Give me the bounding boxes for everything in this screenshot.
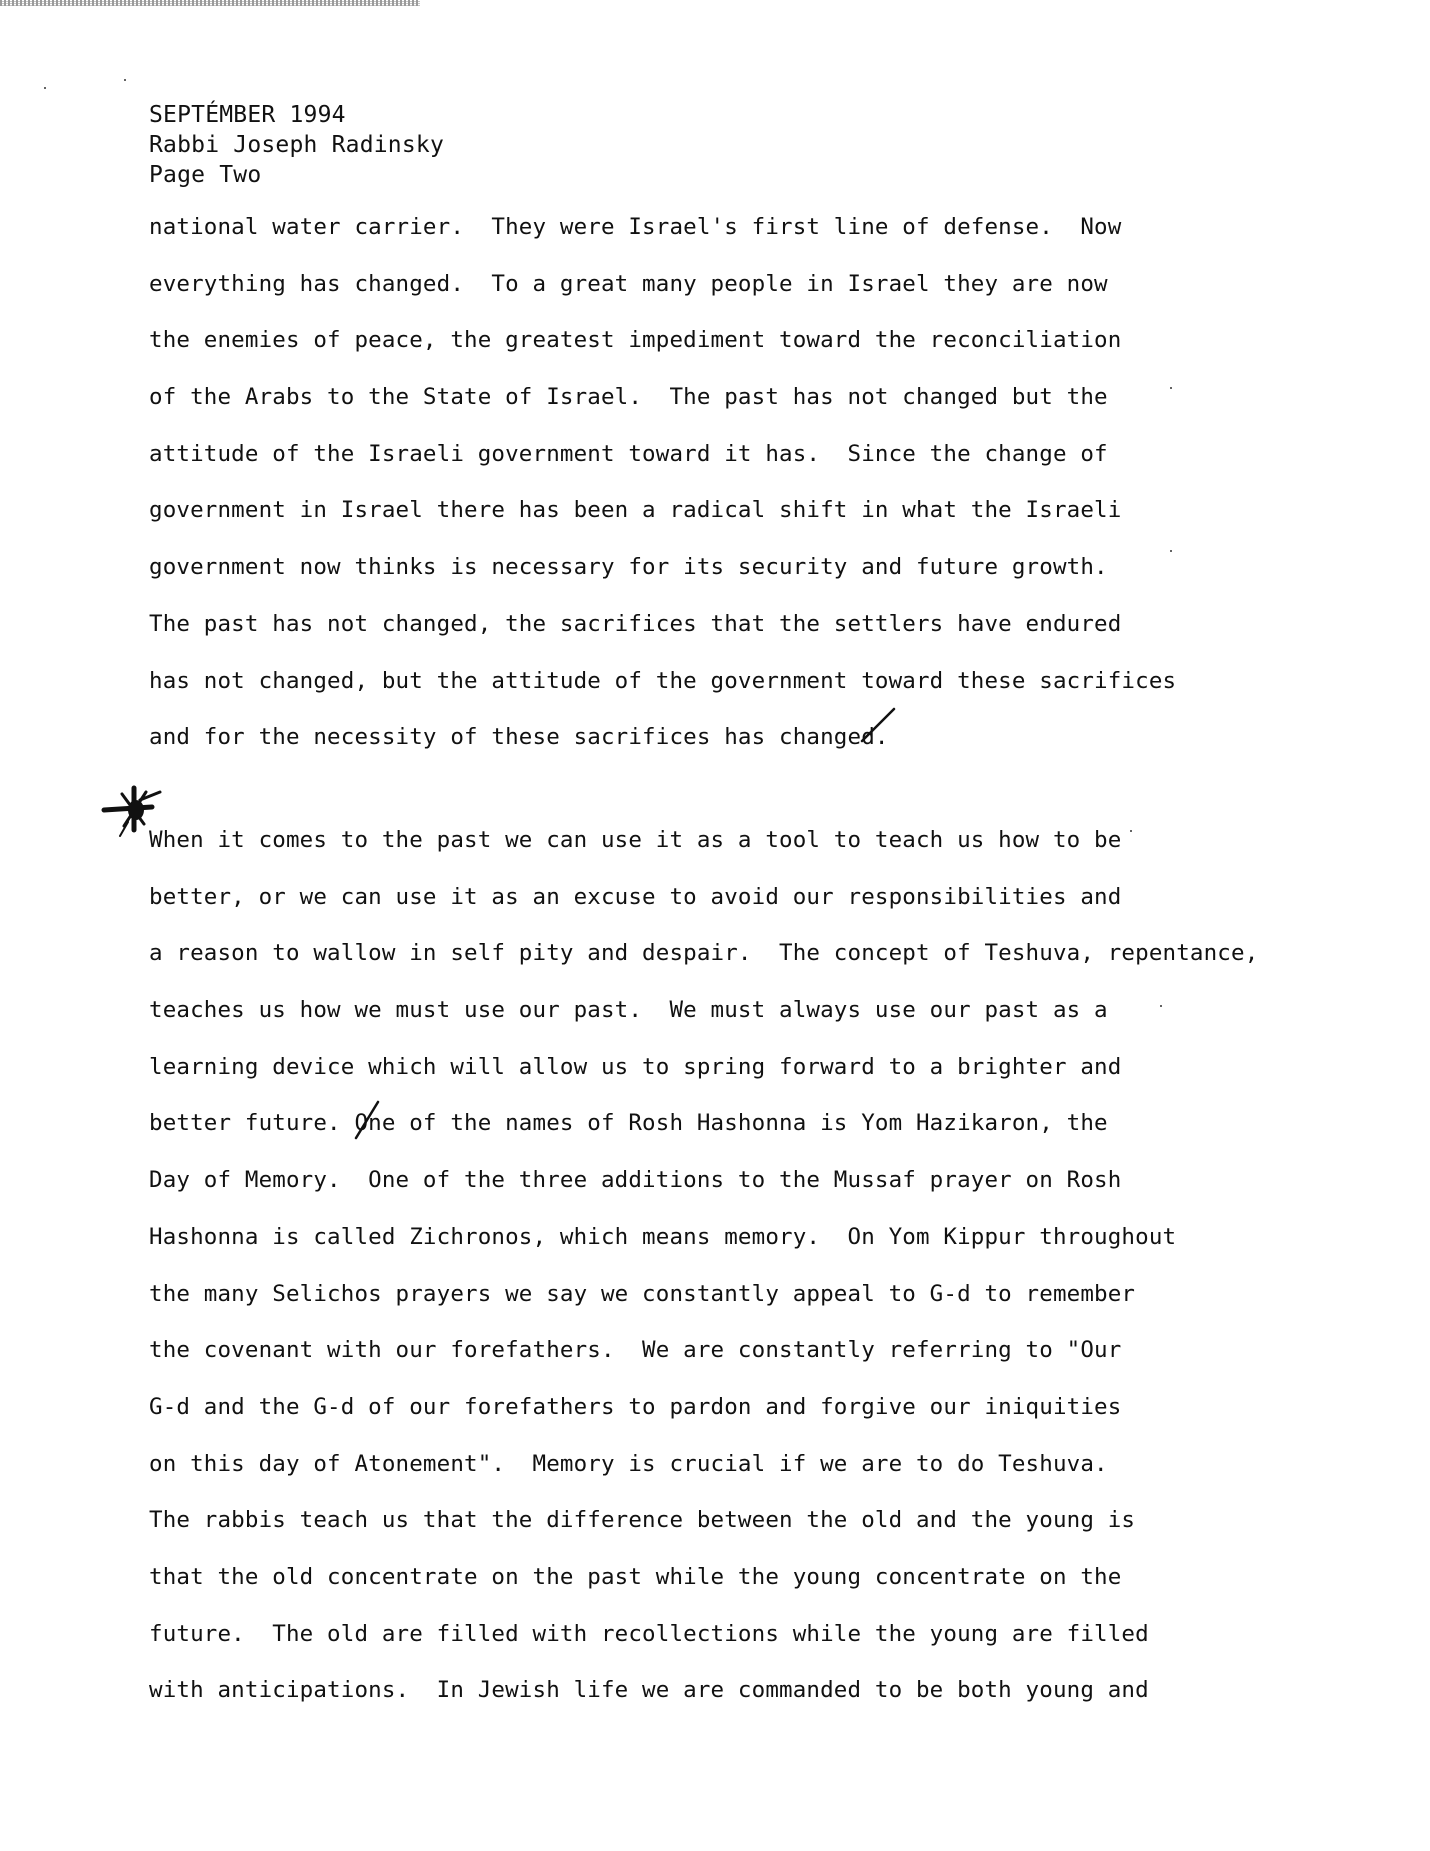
slash-mark-icon — [858, 705, 898, 745]
header-author: Rabbi Joseph Radinsky — [149, 130, 444, 160]
text-line: The past has not changed, the sacrifices… — [149, 596, 1176, 653]
text-line: The rabbis teach us that the difference … — [149, 1492, 1258, 1549]
text-line: teaches us how we must use our past. We … — [149, 982, 1258, 1039]
header-date: SEPTÉMBER 1994 — [149, 100, 444, 130]
text-line: on this day of Atonement". Memory is cru… — [149, 1436, 1258, 1493]
text-line: has not changed, but the attitude of the… — [149, 653, 1176, 710]
paragraph-2: When it comes to the past we can use it … — [149, 812, 1258, 1719]
text-line: attitude of the Israeli government towar… — [149, 426, 1176, 483]
text-line: a reason to wallow in self pity and desp… — [149, 925, 1258, 982]
paragraph-1: national water carrier. They were Israel… — [149, 199, 1176, 766]
text-line: G-d and the G-d of our forefathers to pa… — [149, 1379, 1258, 1436]
text-line: the enemies of peace, the greatest imped… — [149, 312, 1176, 369]
text-line: When it comes to the past we can use it … — [149, 812, 1258, 869]
scan-speck — [44, 87, 46, 89]
slash-mark-icon — [352, 1098, 382, 1142]
text-line: with anticipations. In Jewish life we ar… — [149, 1662, 1258, 1719]
text-line: and for the necessity of these sacrifice… — [149, 709, 1176, 766]
text-line: Hashonna is called Zichronos, which mean… — [149, 1209, 1258, 1266]
text-line: national water carrier. They were Israel… — [149, 199, 1176, 256]
text-line: learning device which will allow us to s… — [149, 1039, 1258, 1096]
text-line: everything has changed. To a great many … — [149, 256, 1176, 313]
text-line: government now thinks is necessary for i… — [149, 539, 1176, 596]
text-line: better, or we can use it as an excuse to… — [149, 869, 1258, 926]
header-page-label: Page Two — [149, 160, 444, 190]
text-line: future. The old are filled with recollec… — [149, 1606, 1258, 1663]
scan-speck — [124, 79, 126, 81]
text-line: Day of Memory. One of the three addition… — [149, 1152, 1258, 1209]
text-line: the many Selichos prayers we say we cons… — [149, 1266, 1258, 1323]
text-line: the covenant with our forefathers. We ar… — [149, 1322, 1258, 1379]
document-header: SEPTÉMBER 1994 Rabbi Joseph Radinsky Pag… — [149, 100, 444, 190]
text-line: of the Arabs to the State of Israel. The… — [149, 369, 1176, 426]
fax-header-strip — [0, 0, 420, 6]
text-line: that the old concentrate on the past whi… — [149, 1549, 1258, 1606]
text-line: better future. One of the names of Rosh … — [149, 1095, 1258, 1152]
text-line: government in Israel there has been a ra… — [149, 482, 1176, 539]
